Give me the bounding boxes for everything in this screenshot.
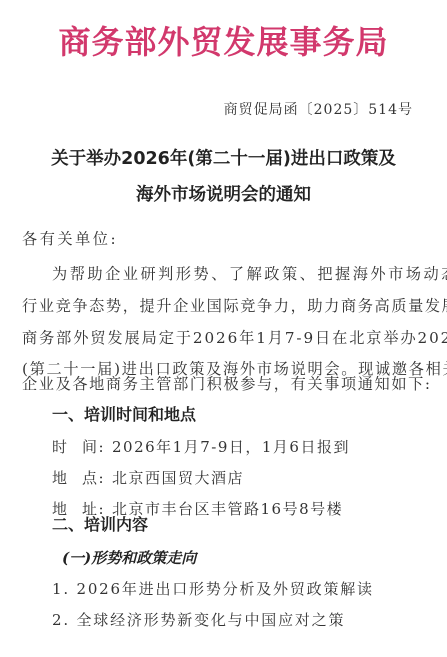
detail-row-time: 时间:2026年1月7-9日，1月6日报到 [52,436,350,458]
content-item: 1. 2026年进出口形势分析及外贸政策解读 [52,578,374,600]
detail-value: 北京西国贸大酒店 [112,469,244,487]
notice-title-line-2: 海外市场说明会的通知 [0,183,447,207]
detail-label-b: 间: [82,436,112,458]
detail-label-b: 点: [82,467,112,489]
notice-title-line-1: 关于举办2026年(第二十一届)进出口政策及 [0,147,447,171]
detail-label-a: 时 [52,436,82,458]
intro-paragraph-line: 企业及各地商务主管部门积极参与，有关事项通知如下: [22,373,427,395]
content-item: 2. 全球经济形势新变化与中国应对之策 [52,609,345,631]
document-number: 商贸促局函〔2025〕514号 [224,99,413,119]
detail-value: 2026年1月7-9日，1月6日报到 [112,438,350,456]
subsection-1-heading: (一)形势和政策走向 [62,547,196,569]
detail-label-a: 地 [52,467,82,489]
section-2-heading: 二、培训内容 [52,514,148,536]
issuing-organization-masthead: 商务部外贸发展事务局 [0,22,447,62]
intro-paragraph-line: 为帮助企业研判形势、了解政策、把握海外市场动态及 [52,263,447,285]
detail-row-venue: 地点:北京西国贸大酒店 [52,467,244,489]
salutation: 各有关单位: [22,228,118,250]
intro-paragraph-line: 行业竞争态势，提升企业国际竞争力，助力商务高质量发展， [22,295,427,317]
section-1-heading: 一、培训时间和地点 [52,404,196,426]
intro-paragraph-line: 商务部外贸发展局定于2026年1月7-9日在北京举办2026年 [22,327,427,349]
